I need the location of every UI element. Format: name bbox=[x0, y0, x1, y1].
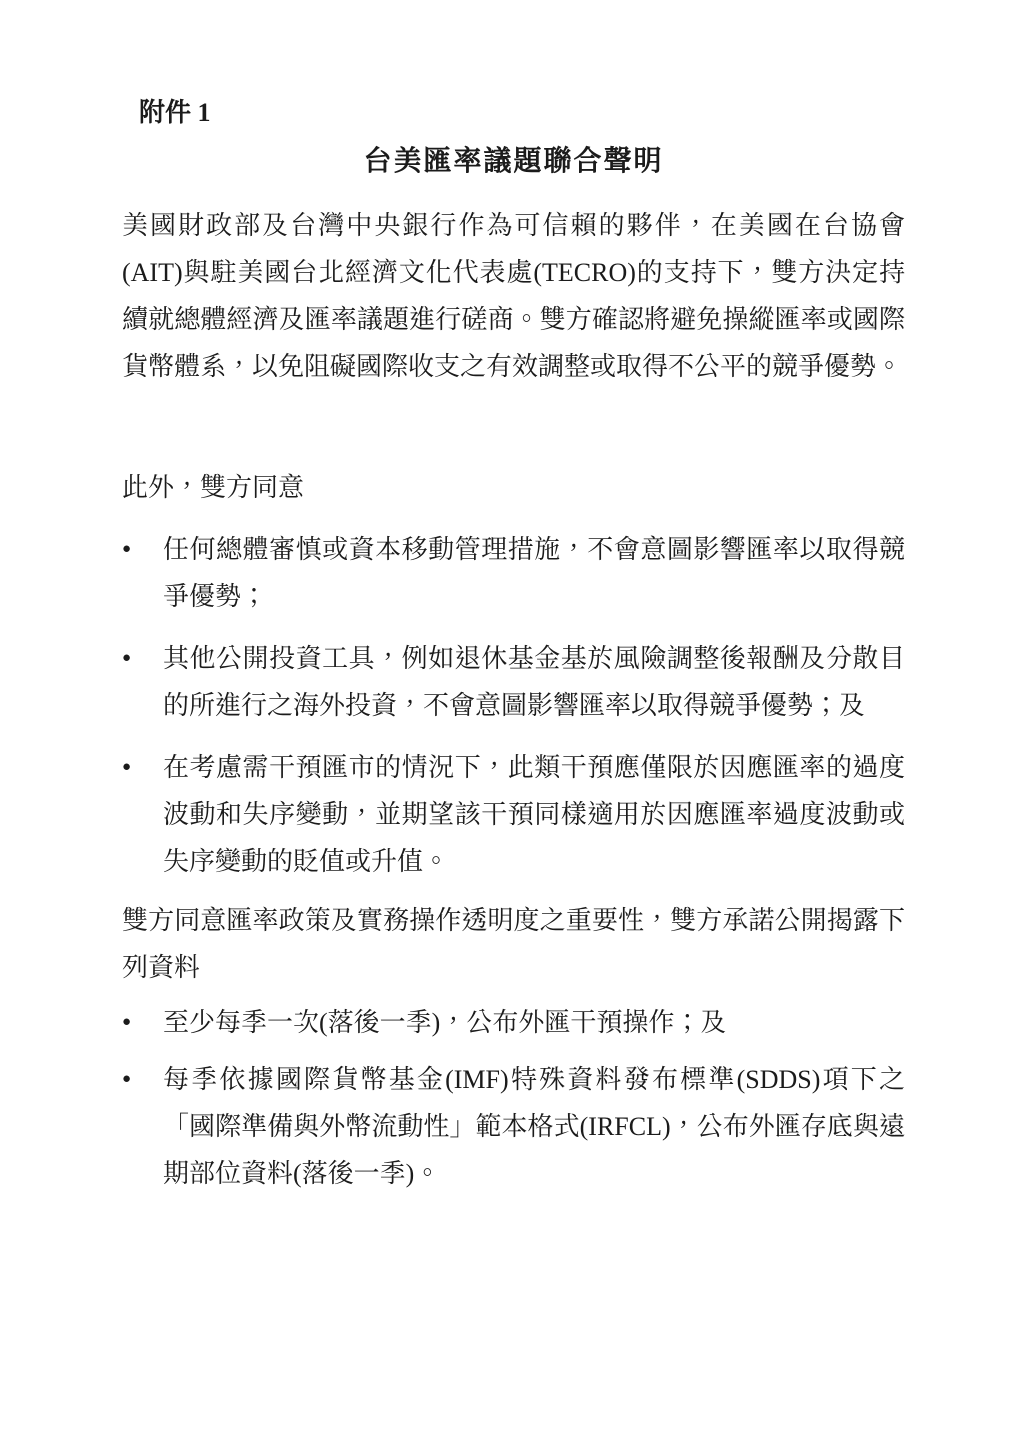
disclosure-bullet-1: ● 至少每季一次(落後一季)，公布外匯干預操作；及 bbox=[122, 999, 905, 1046]
agreement-intro: 此外，雙方同意 bbox=[122, 464, 905, 511]
attachment-label: 附件 1 bbox=[139, 96, 905, 130]
document-page: 附件 1 台美匯率議題聯合聲明 美國財政部及台灣中央銀行作為可信賴的夥伴，在美國… bbox=[0, 0, 1024, 1448]
bullet-icon: ● bbox=[122, 635, 163, 682]
agreement-bullet-1: ● 任何總體審慎或資本移動管理措施，不會意圖影響匯率以取得競爭優勢； bbox=[122, 526, 905, 620]
bullet-icon: ● bbox=[122, 744, 163, 791]
bullet-text: 在考慮需干預匯市的情況下，此類干預應僅限於因應匯率的過度波動和失序變動，並期望該… bbox=[163, 744, 905, 885]
bullet-text: 至少每季一次(落後一季)，公布外匯干預操作；及 bbox=[163, 999, 905, 1046]
bullet-icon: ● bbox=[122, 999, 163, 1046]
bullet-icon: ● bbox=[122, 526, 163, 573]
bullet-text: 每季依據國際貨幣基金(IMF)特殊資料發布標準(SDDS)項下之「國際準備與外幣… bbox=[163, 1056, 905, 1197]
document-title: 台美匯率議題聯合聲明 bbox=[122, 142, 905, 182]
disclosure-bullet-2: ● 每季依據國際貨幣基金(IMF)特殊資料發布標準(SDDS)項下之「國際準備與… bbox=[122, 1056, 905, 1197]
transparency-paragraph: 雙方同意匯率政策及實務操作透明度之重要性，雙方承諾公開揭露下列資料 bbox=[122, 897, 905, 991]
agreement-bullet-3: ● 在考慮需干預匯市的情況下，此類干預應僅限於因應匯率的過度波動和失序變動，並期… bbox=[122, 744, 905, 885]
bullet-icon: ● bbox=[122, 1056, 163, 1103]
agreement-bullet-2: ● 其他公開投資工具，例如退休基金基於風險調整後報酬及分散目的所進行之海外投資，… bbox=[122, 635, 905, 729]
bullet-text: 任何總體審慎或資本移動管理措施，不會意圖影響匯率以取得競爭優勢； bbox=[163, 526, 905, 620]
bullet-text: 其他公開投資工具，例如退休基金基於風險調整後報酬及分散目的所進行之海外投資，不會… bbox=[163, 635, 905, 729]
opening-paragraph: 美國財政部及台灣中央銀行作為可信賴的夥伴，在美國在台協會(AIT)與駐美國台北經… bbox=[122, 202, 905, 390]
